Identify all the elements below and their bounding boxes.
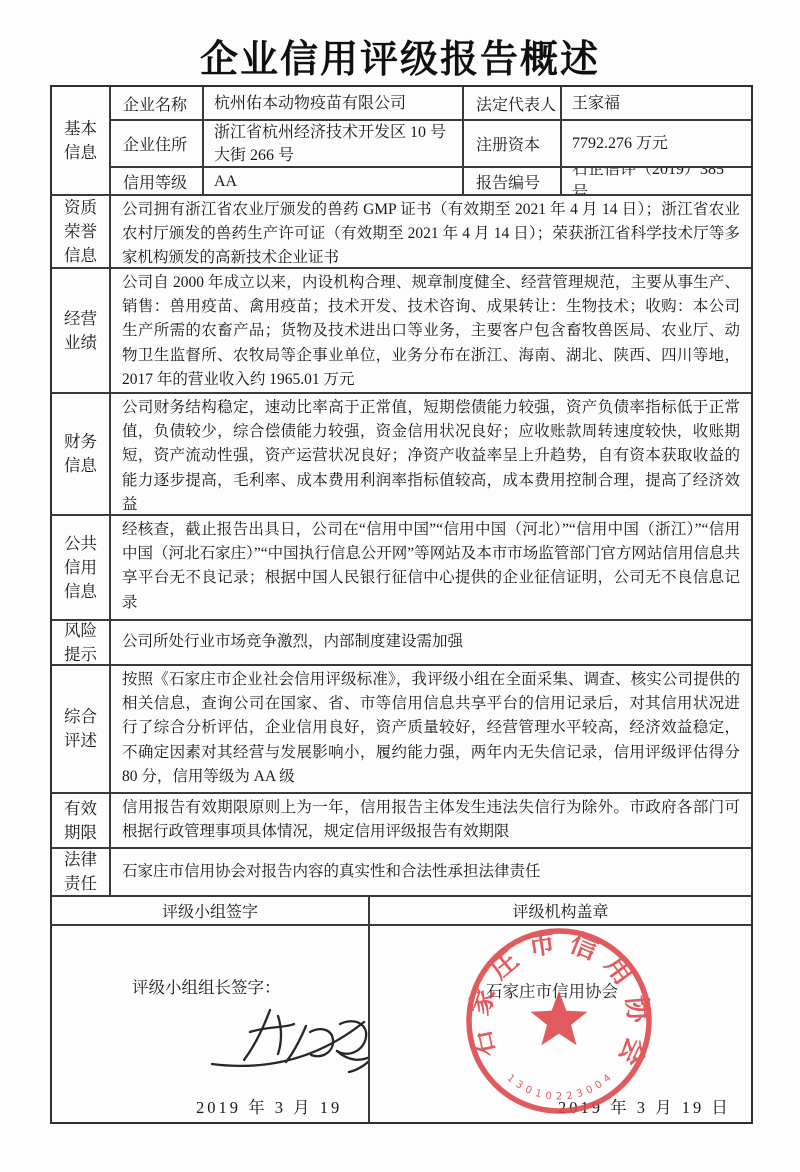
section-label: 有效期限 [52,794,109,847]
section-content: 公司财务结构稳定，速动比率高于正常值，短期偿债能力较强，资产负债率指标低于正常值… [109,394,751,514]
section-qualification: 资质荣誉信息 公司拥有浙江省农业厅颁发的兽药 GMP 证书（有效期至 2021 … [52,194,751,267]
sign-header-row: 评级小组签字 评级机构盖章 [52,895,751,924]
report-table: 基本信息 企业名称 杭州佑本动物疫苗有限公司 法定代表人 王家福 企业住所 浙江… [50,85,753,1124]
sign-body-row: 评级小组组长签字： 2019 年 3 月 19 日 [52,924,751,1122]
credit-grade-key: 信用等级 [111,168,202,194]
section-label: 财务信息 [52,394,109,514]
section-label: 资质荣誉信息 [52,196,109,267]
report-number-value: 石企信评（2019）385 号 [560,168,751,194]
section-content: 公司拥有浙江省农业厅颁发的兽药 GMP 证书（有效期至 2021 年 4 月 1… [109,196,751,267]
registered-capital-key: 注册资本 [462,121,560,166]
official-red-stamp: 石家庄市信用协会 1301022300430 [459,926,659,1121]
section-content: 石家庄市信用协会对报告内容的真实性和合法性承担法律责任 [109,849,751,895]
sign-cell-org: 石家庄市信用协会 石家庄市信用协会 1301022300430 2019 [368,926,751,1122]
section-content: 按照《石家庄市企业社会信用评级标准》，我评级小组在全面采集、调查、核实公司提供的… [109,666,751,792]
company-name-value: 杭州佑本动物疫苗有限公司 [202,87,462,119]
handwritten-signature [194,1002,368,1084]
legal-rep-value: 王家福 [560,87,751,119]
section-label: 经营业绩 [52,269,109,392]
address-key: 企业住所 [111,121,202,166]
sign-cell-team: 评级小组组长签字： 2019 年 3 月 19 日 [52,926,368,1122]
section-validity: 有效期限 信用报告有效期限原则上为一年，信用报告主体发生违法失信行为除外。市政府… [52,792,751,847]
section-content: 公司自 2000 年成立以来，内设机构合理、规章制度健全、经营管理规范，主要从事… [109,269,751,392]
section-public-credit: 公共信用信息 经核查，截止报告出具日，公司在“信用中国”“信用中国（河北）”“信… [52,514,751,619]
section-content: 公司所处行业市场竞争激烈，内部制度建设需加强 [109,621,751,664]
table-row: 企业住所 浙江省杭州经济技术开发区 10 号大街 266 号 注册资本 7792… [111,119,751,166]
sign-header-left: 评级小组签字 [52,897,368,924]
section-review: 综合评述 按照《石家庄市企业社会信用评级标准》，我评级小组在全面采集、调查、核实… [52,664,751,792]
section-legal: 法律责任 石家庄市信用协会对报告内容的真实性和合法性承担法律责任 [52,847,751,895]
section-risk: 风险提示 公司所处行业市场竞争激烈，内部制度建设需加强 [52,619,751,664]
section-performance: 经营业绩 公司自 2000 年成立以来，内设机构合理、规章制度健全、经营管理规范… [52,267,751,392]
section-financial: 财务信息 公司财务结构稳定，速动比率高于正常值，短期偿债能力较强，资产负债率指标… [52,392,751,514]
section-content: 经核查，截止报告出具日，公司在“信用中国”“信用中国（河北）”“信用中国（浙江）… [109,516,751,619]
table-row: 企业名称 杭州佑本动物疫苗有限公司 法定代表人 王家福 [111,87,751,119]
section-label: 风险提示 [52,621,109,664]
report-number-key: 报告编号 [462,168,560,194]
table-row: 信用等级 AA 报告编号 石企信评（2019）385 号 [111,166,751,194]
section-label: 公共信用信息 [52,516,109,619]
scanned-report-page: 企业信用评级报告概述 基本信息 企业名称 杭州佑本动物疫苗有限公司 法定代表人 … [0,0,800,1172]
page-title: 企业信用评级报告概述 [0,28,800,83]
basic-info-grid: 企业名称 杭州佑本动物疫苗有限公司 法定代表人 王家福 企业住所 浙江省杭州经济… [109,87,751,194]
section-label: 综合评述 [52,666,109,792]
sign-header-right: 评级机构盖章 [368,897,751,924]
registered-capital-value: 7792.276 万元 [560,121,751,166]
company-name-key: 企业名称 [111,87,202,119]
section-label-basic: 基本信息 [52,87,109,194]
section-label: 法律责任 [52,849,109,895]
stamp-star [531,991,588,1045]
sign-date-left: 2019 年 3 月 19 日 [196,1094,368,1122]
legal-rep-key: 法定代表人 [462,87,560,119]
section-content: 信用报告有效期限原则上为一年，信用报告主体发生违法失信行为除外。市政府各部门可根… [109,794,751,847]
address-value: 浙江省杭州经济技术开发区 10 号大街 266 号 [202,121,462,166]
section-basic-info: 基本信息 企业名称 杭州佑本动物疫苗有限公司 法定代表人 王家福 企业住所 浙江… [52,87,751,194]
leader-signature-label: 评级小组组长签字： [132,974,281,998]
credit-grade-value: AA [202,168,462,194]
